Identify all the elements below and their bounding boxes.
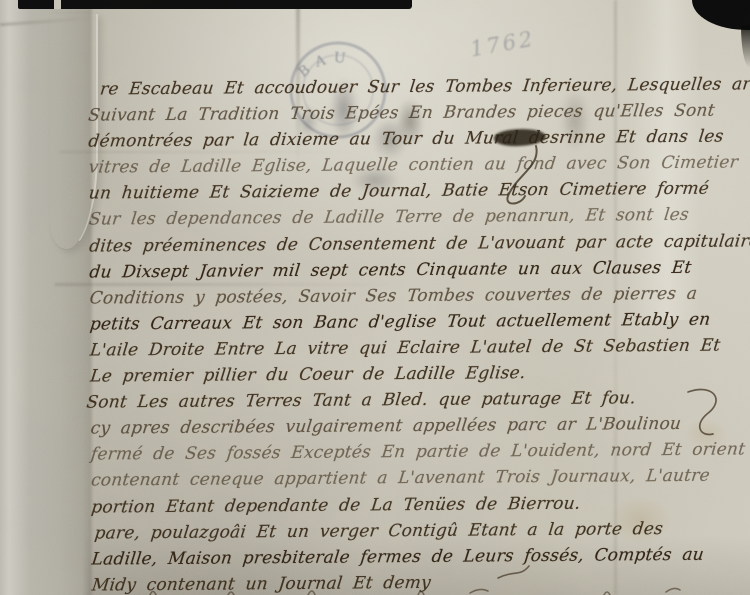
binding-corner-edge xyxy=(741,26,750,68)
manuscript-line: Midy contenant un Journal Et demy xyxy=(90,567,743,595)
faint-year-inscription: 1762 xyxy=(468,26,537,61)
handwritten-text-block: re Escabeau Et accoudouer Sur les Tombes… xyxy=(88,71,742,595)
binding-edge-bar xyxy=(18,0,412,9)
binding-edge-notch xyxy=(54,0,61,9)
manuscript-photo: BAU 1762 re Escabeau Et accoudouer Sur l… xyxy=(0,0,750,595)
